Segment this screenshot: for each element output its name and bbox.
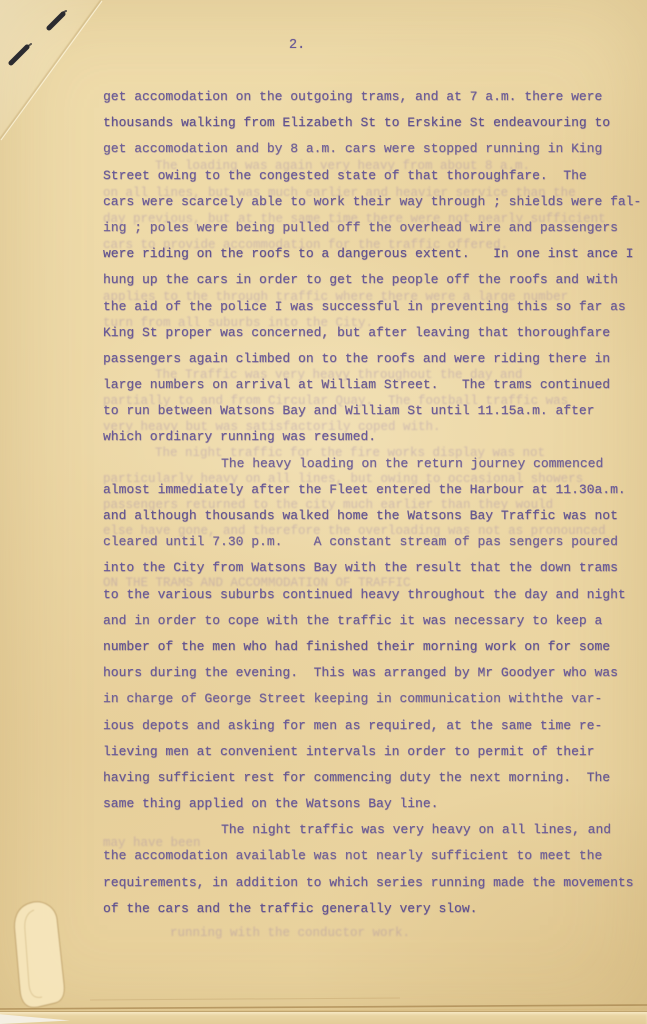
corner-crease <box>0 0 102 140</box>
pen-mark-icon <box>49 11 66 28</box>
worn-patch <box>15 902 65 1007</box>
scan-artifacts-overlay <box>0 0 647 1024</box>
pen-mark-icon <box>11 44 31 63</box>
document-scan-page: 2. The loading was again very heavy from… <box>0 0 647 1024</box>
page-edge <box>0 998 647 1012</box>
page-below-edge <box>0 1011 647 1024</box>
